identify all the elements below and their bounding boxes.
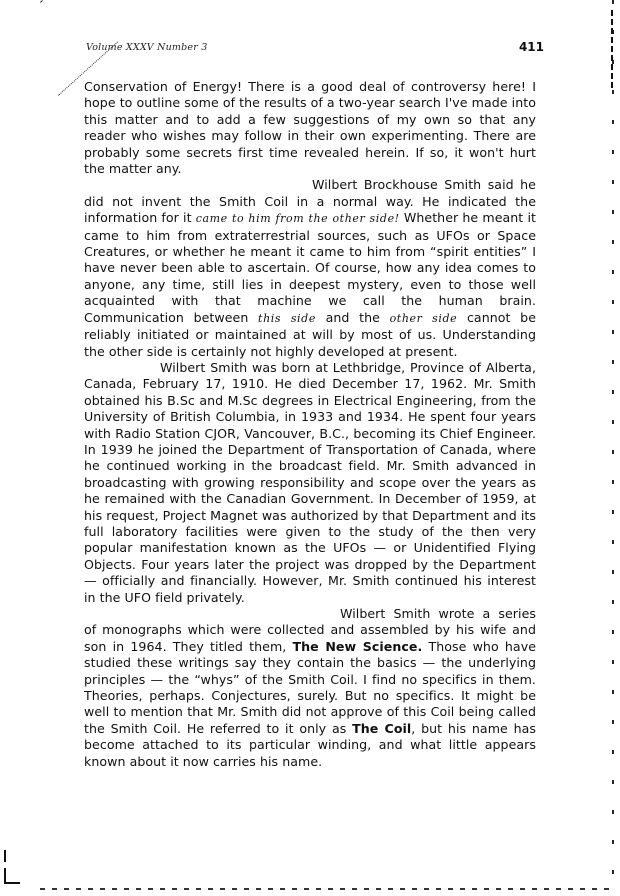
scan-artifact-bottom-edge [40, 888, 615, 890]
page-header: Volume XXXV Number 3 411 [86, 42, 546, 58]
title-text: The New Science. [293, 639, 423, 654]
scan-artifact-diagonal-line [40, 0, 133, 3]
title-text: The Coil [352, 721, 411, 736]
paragraph-4: Wilbert Smith wrote a series of monograp… [84, 606, 536, 770]
scanned-document-page: Volume XXXV Number 3 411 Conservation of… [0, 0, 620, 896]
scan-artifact-right-edge [612, 0, 614, 896]
paragraph-3: Wilbert Smith was born at Lethbridge, Pr… [84, 360, 536, 606]
article-body: Conservation of Energy! There is a good … [84, 79, 536, 770]
paragraph-1: Conservation of Energy! There is a good … [84, 79, 536, 177]
paragraph-2: Wilbert Brockhouse Smith said he did not… [84, 177, 536, 359]
body-text-segment: Whether he meant it came to him from ext… [84, 210, 536, 324]
scan-artifact-corner-bracket [4, 868, 20, 884]
emphasis-text: came to him from the other side! [196, 212, 400, 225]
running-head: Volume XXXV Number 3 [86, 42, 207, 53]
page-number: 411 [519, 40, 544, 54]
scan-artifact-right-edge-top [611, 10, 613, 90]
scan-artifact-left-tick [4, 850, 6, 862]
emphasis-text: this side [258, 312, 316, 325]
body-text-segment: and the [316, 310, 390, 325]
emphasis-text: other side [390, 312, 458, 325]
